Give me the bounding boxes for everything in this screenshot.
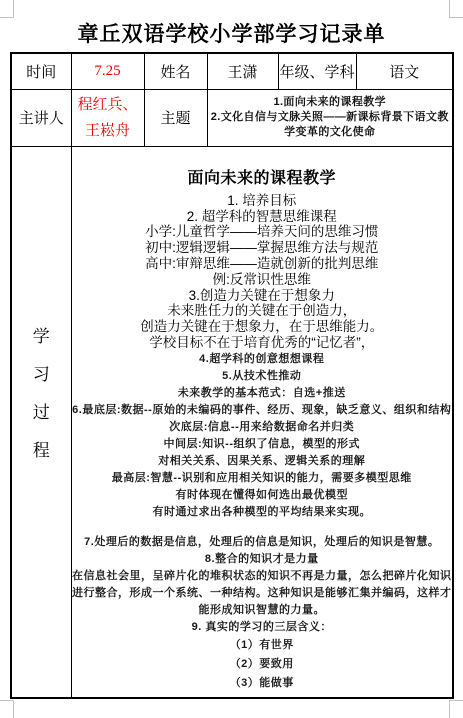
content-line: 1. 培养目标 xyxy=(72,193,453,209)
content-line: 次底层:信息--用来给数据命名并归类 xyxy=(72,419,453,436)
name-label: 姓名 xyxy=(144,53,207,89)
process-label-cell: 学习过程 xyxy=(11,146,71,698)
time-label: 时间 xyxy=(11,53,71,89)
content-line: 在信息社会里，呈碎片化的堆积状态的知识不再是力量，怎么把碎片化知识进行整合，形成… xyxy=(72,568,453,619)
content-line: 4.超学科的创意想想课程 xyxy=(72,351,453,368)
speaker-name-line: 程红兵、 xyxy=(72,92,144,118)
content-line xyxy=(72,521,453,534)
content-line: 6.最底层:数据--原始的未编码的事件、经历、现象，缺乏意义、组织和结构 xyxy=(72,402,453,419)
topic-line: 1.面向未来的课程教学 xyxy=(208,95,453,110)
topic-value: 1.面向未来的课程教学2.文化自信与文脉关照——新课标背景下语文教学变革的文化使… xyxy=(207,89,453,146)
speaker-name-line: 王崧舟 xyxy=(72,118,144,144)
content-line: 3.创造力关键在于想象力 xyxy=(72,288,453,304)
process-label-char: 习 xyxy=(33,360,50,385)
content-line: 创造力关键在于想象力，在于思维能力。 xyxy=(72,319,453,335)
content-line: 7.处理后的数据是信息，处理后的信息是知识，处理后的知识是智慧。 xyxy=(72,534,453,551)
learning-process-row: 学习过程 面向未来的课程教学 1. 培养目标2. 超学科的智慧思维课程小学:儿童… xyxy=(11,146,453,698)
content-line: （1）有世界 xyxy=(72,636,453,655)
content-lines: 1. 培养目标2. 超学科的智慧思维课程小学:儿童哲学——培养天问的思维习惯初中… xyxy=(72,193,453,693)
content-line: 有时通过求出各种模型的平均结果来实现。 xyxy=(72,504,453,521)
process-label-char: 程 xyxy=(33,436,50,461)
name-value: 王潇 xyxy=(207,53,278,89)
content-line: 有时体现在懂得如何选出最优模型 xyxy=(72,487,453,504)
content-title: 面向未来的课程教学 xyxy=(72,165,453,188)
content-line: （2）要致用 xyxy=(72,655,453,674)
time-value: 7.25 xyxy=(71,53,144,89)
grade-subject-value: 语文 xyxy=(356,53,453,89)
content-line: 中间层:知识--组织了信息，模型的形式 xyxy=(72,436,453,453)
content-line: 初中:逻辑逻辑——掌握思维方法与规范 xyxy=(72,240,453,256)
content-line: 2. 超学科的智慧思维课程 xyxy=(72,209,453,225)
document-page: 章丘双语学校小学部学习记录单 时间 7.25 姓名 王潇 年级、学科 语文 主讲… xyxy=(0,0,463,718)
process-label-char: 学 xyxy=(33,322,50,347)
margin-mark-bottom-left xyxy=(0,700,14,718)
topic-label: 主题 xyxy=(144,89,207,146)
content-line: 对相关关系、因果关系、逻辑关系的理解 xyxy=(72,453,453,470)
speaker-label: 主讲人 xyxy=(11,89,71,146)
margin-mark-top-left xyxy=(0,0,14,18)
content-line: 未来教学的基本范式：自选+推送 xyxy=(72,385,453,402)
content-line: 小学:儿童哲学——培养天问的思维习惯 xyxy=(72,224,453,240)
process-content-cell: 面向未来的课程教学 1. 培养目标2. 超学科的智慧思维课程小学:儿童哲学——培… xyxy=(71,146,453,698)
content-line: 例:反常识性思维 xyxy=(72,272,453,288)
topic-line: 2.文化自信与文脉关照——新课标背景下语文教学变革的文化使命 xyxy=(208,110,453,140)
margin-mark-bottom-right xyxy=(449,700,463,718)
info-row-1: 时间 7.25 姓名 王潇 年级、学科 语文 xyxy=(11,53,453,89)
content-line: （3）能做事 xyxy=(72,674,453,693)
grade-subject-label: 年级、学科 xyxy=(278,53,356,89)
content-line: 5.从技术性推动 xyxy=(72,368,453,385)
margin-mark-top-right xyxy=(449,0,463,18)
content-line: 最高层:智慧--识别和应用相关知识的能力，需要多模型思维 xyxy=(72,470,453,487)
content-line: 8.整合的知识才是力量 xyxy=(72,551,453,568)
record-table: 时间 7.25 姓名 王潇 年级、学科 语文 主讲人 程红兵、王崧舟 主题 1.… xyxy=(10,52,454,699)
speaker-value: 程红兵、王崧舟 xyxy=(71,89,144,146)
doc-title: 章丘双语学校小学部学习记录单 xyxy=(0,18,463,48)
content-line: 学校目标不在于培育优秀的“记忆者”， xyxy=(72,335,453,351)
process-label-char: 过 xyxy=(33,398,50,423)
info-row-2: 主讲人 程红兵、王崧舟 主题 1.面向未来的课程教学2.文化自信与文脉关照——新… xyxy=(11,89,453,146)
content-line: 高中:审辩思维——造就创新的批判思维 xyxy=(72,256,453,272)
content-line: 9. 真实的学习的三层含义： xyxy=(72,619,453,636)
content-line: 未来胜任力的关键在于创造力， xyxy=(72,303,453,319)
process-label: 学习过程 xyxy=(12,322,71,461)
